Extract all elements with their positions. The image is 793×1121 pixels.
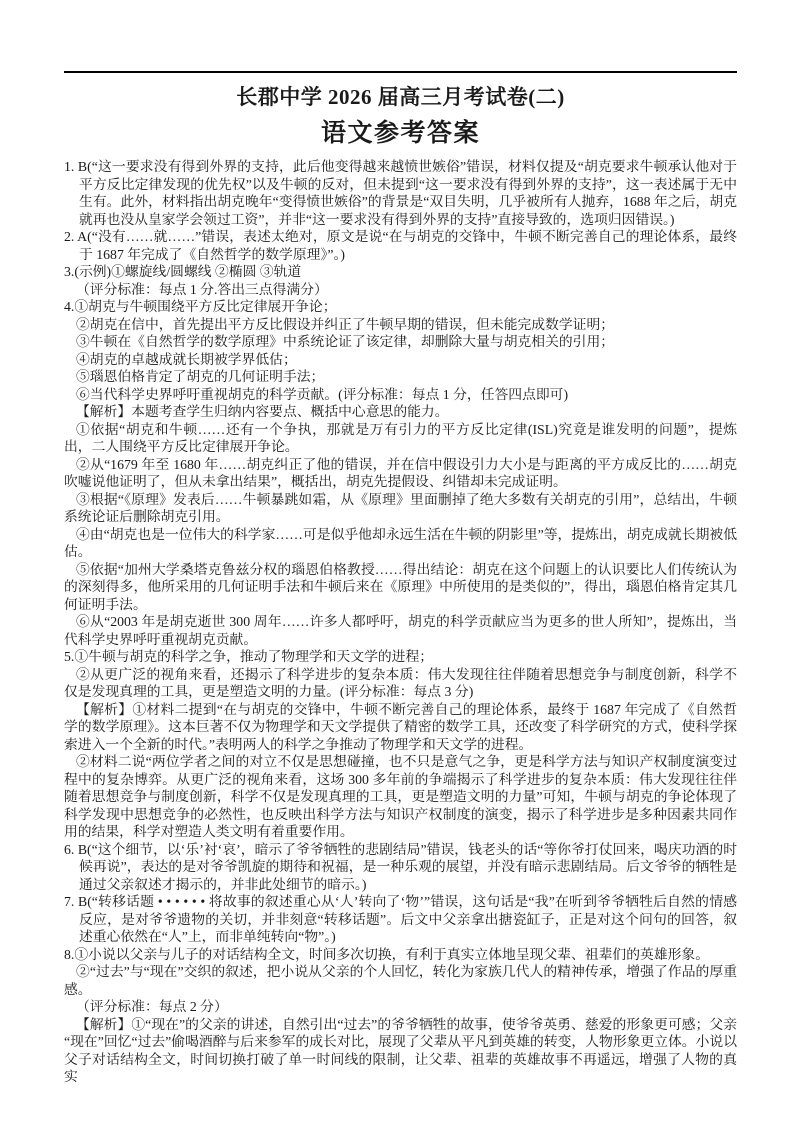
answer-paragraph: ②从更广泛的视角来看，还揭示了科学进步的复杂本质：伟大发现往往伴随着思想竞争与制… [64, 666, 737, 701]
answer-paragraph: 2. A(“没有……就……”错误，表述太绝对，原文是说“在与胡克的交锋中，牛顿不… [64, 228, 737, 263]
answers-body: 1. B(“这一要求没有得到外界的支持，此后他变得越来越愤世嫉俗”错误，材料仅提… [64, 158, 737, 1086]
answer-paragraph: ⑤依据“加州大学桑塔克鲁兹分权的瑙恩伯格教授……得出结论：胡克在这个问题上的认识… [64, 561, 737, 614]
answer-paragraph: 1. B(“这一要求没有得到外界的支持，此后他变得越来越愤世嫉俗”错误，材料仅提… [64, 158, 737, 228]
answer-paragraph: ②从“1679 年至 1680 年……胡克纠正了他的错误，并在信中假设引力大小是… [64, 456, 737, 491]
page-subtitle: 语文参考答案 [64, 113, 737, 149]
answer-paragraph: 【解析】本题考查学生归纳内容要点、概括中心意思的能力。 [64, 403, 737, 421]
answer-paragraph: （评分标准：每点 2 分） [64, 998, 737, 1016]
answer-paragraph: 【解析】①材料二提到“在与胡克的交锋中，牛顿不断完善自己的理论体系，最终于 16… [64, 701, 737, 754]
answer-paragraph: 8.①小说以父亲与儿子的对话结构全文，时间多次切换，有利于真实立体地呈现父辈、祖… [64, 946, 737, 964]
answer-paragraph: ②材料二说“两位学者之间的对立不仅是思想碰撞，也不只是意气之争，更是科学方法与知… [64, 753, 737, 841]
answer-paragraph: 5.①牛顿与胡克的科学之争，推动了物理学和天文学的进程； [64, 648, 737, 666]
answer-paragraph: （评分标准：每点 1 分.答出三点得满分） [64, 281, 737, 299]
header-rule [64, 71, 737, 73]
answer-paragraph: 4.①胡克与牛顿围绕平方反比定律展开争论； [64, 298, 737, 316]
answer-paragraph: 3.(示例)①螺旋线/圆螺线 ②椭圆 ③轨道 [64, 263, 737, 281]
answer-paragraph: 6. B(“这个细节，以‘乐’衬‘哀’，暗示了爷爷牺牲的悲剧结局”错误，钱老头的… [64, 841, 737, 894]
answer-paragraph: ⑤瑙恩伯格肯定了胡克的几何证明手法； [64, 368, 737, 386]
answer-paragraph: ①依据“胡克和牛顿……还有一个争执，那就是万有引力的平方反比定律(ISL)究竟是… [64, 421, 737, 456]
answer-paragraph: ⑥从“2003 年是胡克逝世 300 周年……许多人都呼吁，胡克的科学贡献应当为… [64, 613, 737, 648]
answer-paragraph: 【解析】①“现在”的父亲的讲述，自然引出“过去”的爷爷牺牲的故事，使爷爷英勇、慈… [64, 1016, 737, 1086]
answer-paragraph: ④由“胡克也是一位伟大的科学家……可是似乎他却永远生活在牛顿的阴影里”等，提炼出… [64, 526, 737, 561]
answer-paragraph: 7. B(“转移话题 • • • • • • 将故事的叙述重心从‘人’转向了‘物… [64, 893, 737, 946]
answer-paragraph: ②胡克在信中，首先提出平方反比假设并纠正了牛顿早期的错误，但未能完成数学证明； [64, 316, 737, 334]
answer-paragraph: ⑥当代科学史界呼吁重视胡克的科学贡献。(评分标准：每点 1 分，任答四点即可) [64, 386, 737, 404]
page-title: 长郡中学 2026 届高三月考试卷(二) [64, 81, 737, 111]
answer-paragraph: ④胡克的卓越成就长期被学界低估； [64, 351, 737, 369]
exam-answer-sheet: 长郡中学 2026 届高三月考试卷(二) 语文参考答案 1. B(“这一要求没有… [0, 71, 793, 1086]
answer-paragraph: ③牛顿在《自然哲学的数学原理》中系统论证了该定律，却删除大量与胡克相关的引用； [64, 333, 737, 351]
answer-paragraph: ③根据“《原理》发表后……牛顿暴跳如霜，从《原理》里面删掉了绝大多数有关胡克的引… [64, 491, 737, 526]
answer-paragraph: ②“过去”与“现在”交织的叙述，把小说从父亲的个人回忆，转化为家族几代人的精神传… [64, 963, 737, 998]
